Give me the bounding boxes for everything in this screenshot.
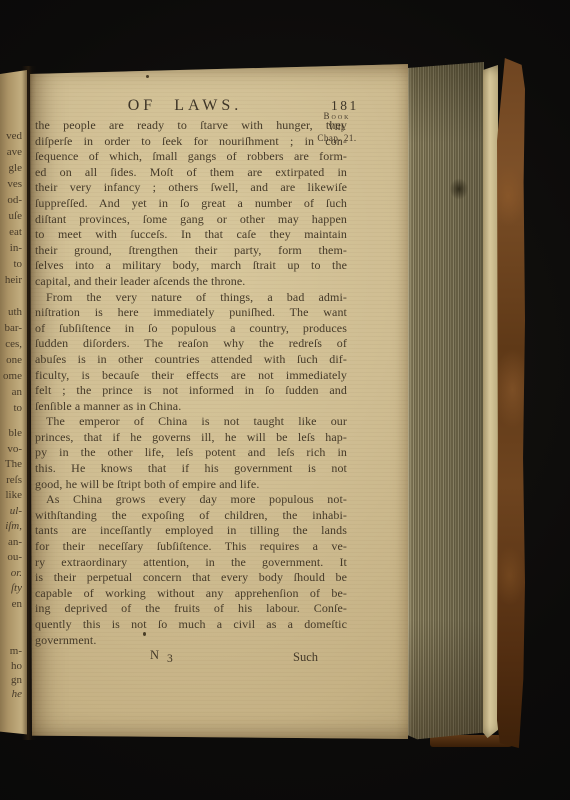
body-line: princes, that if he governs ill, he will… bbox=[35, 430, 347, 446]
body-line: The emperor of China is not taught like … bbox=[35, 414, 347, 430]
body-line: felt ; the prince is not informed in ſo … bbox=[35, 383, 347, 399]
leather-binding-edge bbox=[497, 58, 525, 748]
body-line: ſequence of which, ſmall gangs of robber… bbox=[35, 149, 347, 165]
facing-page-text-fragment: eat bbox=[9, 226, 22, 238]
facing-page-text-fragment: uth bbox=[8, 306, 22, 318]
facing-page-text-fragment: to bbox=[13, 258, 22, 270]
facing-page-text-fragment: ves bbox=[7, 178, 22, 190]
body-line: abuſes is in other countries attended wi… bbox=[35, 352, 347, 368]
body-line: ſudden diſorders. The reaſon why the red… bbox=[35, 336, 347, 352]
body-line: ſelves into a military body, march ſtrai… bbox=[35, 258, 347, 274]
body-line: ſuppreſſed. And yet in ſo great a number… bbox=[35, 196, 347, 212]
body-line: ing deprived of the fruits of his labour… bbox=[35, 601, 347, 617]
facing-page-text-fragment: ho bbox=[11, 660, 22, 672]
body-line: for their neceſſary ſubſiſtence. This re… bbox=[35, 539, 347, 555]
facing-page-text-fragment: vo- bbox=[7, 443, 22, 455]
facing-page-text-fragment: like bbox=[6, 489, 23, 501]
facing-page-text-fragment: od- bbox=[7, 194, 22, 206]
body-line: their very infancy ; others ſwell, and a… bbox=[35, 180, 347, 196]
facing-page-text-fragment: in- bbox=[10, 242, 22, 254]
body-line: this. He knows that if his government is… bbox=[35, 461, 347, 477]
body-line: good, he will be ſtript both of empire a… bbox=[35, 477, 347, 493]
body-line: the people are ready to ſtarve with hung… bbox=[35, 118, 347, 134]
body-line: capable of working without any apprehenſ… bbox=[35, 586, 347, 602]
fore-edge-stain bbox=[446, 174, 472, 204]
facing-page-text-fragment: he bbox=[12, 688, 22, 700]
book-page: OF LAWS. 181 Book VIII. Chap. 21. the pe… bbox=[30, 64, 408, 741]
facing-page-text-fragment: one bbox=[6, 354, 22, 366]
signature-number: 3 bbox=[167, 653, 173, 665]
body-line: As China grows every day more populous n… bbox=[35, 492, 347, 508]
facing-page-text-fragment: to bbox=[13, 402, 22, 414]
body-line: diſperſe in order to ſeek for nouriſhmen… bbox=[35, 134, 347, 150]
facing-page-text-fragment: or. bbox=[11, 567, 22, 579]
facing-page-text-fragment: m- bbox=[10, 645, 22, 657]
body-text: the people are ready to ſtarve with hung… bbox=[35, 118, 347, 648]
body-line: From the very nature of things, a bad ad… bbox=[35, 290, 347, 306]
endpaper-edge-strip bbox=[483, 65, 498, 738]
body-line: tants are inceſſantly employed in tillin… bbox=[35, 523, 347, 539]
facing-page-text-fragment: an bbox=[12, 386, 22, 398]
body-line: quently this is not ſo much a civil as a… bbox=[35, 617, 347, 633]
body-line: government. bbox=[35, 633, 347, 649]
body-line: niſtration is here immediately puniſhed.… bbox=[35, 305, 347, 321]
body-line: of ſubſiſtence in ſo populous a country,… bbox=[35, 321, 347, 337]
facing-page-text-fragment: ſty bbox=[11, 582, 22, 594]
signature-row: N3 Such bbox=[35, 648, 347, 666]
facing-page-text-fragment: ou- bbox=[7, 551, 22, 563]
running-title: OF LAWS. bbox=[35, 97, 335, 115]
gutter-fold-shadow bbox=[22, 66, 36, 740]
facing-page-text-fragment: ome bbox=[3, 370, 22, 382]
body-line: ſenſible a manner as in China. bbox=[35, 399, 347, 415]
ink-speck bbox=[143, 632, 146, 636]
facing-page-text-fragment: gle bbox=[9, 162, 22, 174]
body-line: ry extraordinary attention, in the gover… bbox=[35, 555, 347, 571]
signature-letter: N bbox=[150, 648, 159, 662]
body-line: to meet with ſucceſs. In that caſe they … bbox=[35, 227, 347, 243]
body-line: ed on all ſides. Moſt of them are extirp… bbox=[35, 165, 347, 181]
facing-page-text-fragment: ved bbox=[6, 130, 22, 142]
facing-page-text-fragment: ces, bbox=[5, 338, 22, 350]
body-line: withſtanding the expoſing of children, t… bbox=[35, 508, 347, 524]
signature-mark: N3 bbox=[150, 648, 173, 663]
catchword: Such bbox=[293, 650, 318, 665]
fore-edge-page-stack bbox=[408, 62, 484, 742]
facing-page-text-fragment: en bbox=[12, 598, 22, 610]
body-line: capital, and their leader aſcends the th… bbox=[35, 274, 347, 290]
facing-page-text-fragment: ave bbox=[7, 146, 22, 158]
facing-page-text-fragment: The bbox=[5, 458, 22, 470]
body-line: diſtant provinces, ſome gang or other ma… bbox=[35, 212, 347, 228]
facing-page-text-fragment: bar- bbox=[5, 322, 23, 334]
facing-page-text-fragment: heir bbox=[5, 274, 22, 286]
body-line: is their perpetual concern that every bo… bbox=[35, 570, 347, 586]
facing-page-text-fragment: ul- bbox=[10, 505, 22, 517]
photo-backdrop: vedaveglevesod-uſeeatin-toheiruthbar-ces… bbox=[0, 0, 570, 800]
facing-page-text-fragment: an- bbox=[8, 536, 22, 548]
facing-page-text-fragment: uſe bbox=[9, 210, 22, 222]
body-line: ficulty, is becauſe their effects are no… bbox=[35, 368, 347, 384]
facing-page-text-fragment: gn bbox=[11, 674, 22, 686]
facing-page-text-fragment: ble bbox=[9, 427, 22, 439]
facing-page-text-fragment: iſm, bbox=[5, 520, 22, 532]
ink-speck bbox=[146, 75, 149, 78]
body-line: py in the other life, leſs potent and le… bbox=[35, 445, 347, 461]
body-line: their ground, ſtrengthen their party, fo… bbox=[35, 243, 347, 259]
facing-page-text-fragment: reſs bbox=[6, 474, 22, 486]
